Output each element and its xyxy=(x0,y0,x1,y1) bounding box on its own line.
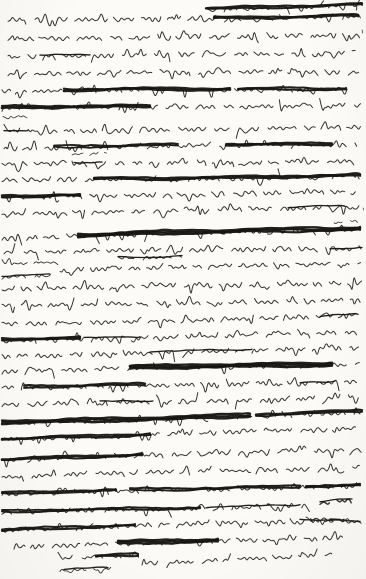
ink-stroke xyxy=(350,449,361,455)
ink-stroke xyxy=(179,127,206,131)
ink-stroke xyxy=(328,205,359,214)
ink-stroke xyxy=(74,248,99,253)
ink-stroke xyxy=(249,207,272,211)
ink-stroke xyxy=(218,204,242,212)
ink-stroke xyxy=(100,401,153,402)
ink-stroke xyxy=(40,54,90,55)
ink-stroke xyxy=(348,278,362,289)
ink-stroke xyxy=(53,399,79,405)
ink-stroke xyxy=(34,262,58,265)
ink-stroke xyxy=(123,350,152,355)
ink-stroke xyxy=(323,393,340,404)
ink-stroke xyxy=(279,100,312,111)
ink-stroke xyxy=(24,251,38,260)
ink-stroke xyxy=(252,349,268,354)
ink-stroke xyxy=(273,555,292,559)
ink-stroke xyxy=(239,161,262,165)
ink-stroke xyxy=(224,105,233,108)
ink-stroke xyxy=(208,264,231,269)
ink-stroke xyxy=(238,33,259,43)
ink-stroke xyxy=(97,70,121,77)
ink-stroke xyxy=(90,152,99,155)
ink-stroke xyxy=(274,263,290,269)
ink-stroke xyxy=(176,297,200,305)
ink-stroke xyxy=(284,315,309,321)
ink-stroke xyxy=(115,162,124,165)
ink-stroke xyxy=(8,36,34,41)
ink-stroke xyxy=(172,452,191,457)
ink-stroke xyxy=(81,299,98,306)
ink-stroke xyxy=(264,191,281,195)
ink-stroke xyxy=(156,395,171,407)
ink-stroke xyxy=(129,36,150,40)
ink-stroke xyxy=(4,130,28,131)
ink-stroke xyxy=(104,153,106,154)
ink-stroke xyxy=(184,282,212,293)
ink-stroke xyxy=(118,256,182,258)
ink-stroke xyxy=(8,70,27,79)
ink-stroke xyxy=(159,523,170,527)
ink-stroke xyxy=(193,265,202,268)
ink-stroke xyxy=(2,386,14,389)
ink-stroke xyxy=(177,520,210,528)
ink-stroke xyxy=(35,71,62,75)
ink-stroke xyxy=(299,247,318,253)
ink-stroke xyxy=(110,285,135,292)
ink-stroke xyxy=(292,49,305,57)
ink-stroke xyxy=(90,321,115,325)
ink-stroke xyxy=(163,194,172,199)
ink-stroke xyxy=(141,17,160,22)
ink-stroke xyxy=(263,535,296,545)
ink-stroke xyxy=(363,208,364,210)
ink-stroke xyxy=(28,55,36,59)
ink-stroke xyxy=(315,449,344,458)
ink-stroke xyxy=(96,556,138,557)
ink-stroke xyxy=(60,267,84,275)
ink-stroke xyxy=(2,355,10,359)
ink-stroke xyxy=(64,130,74,134)
ink-stroke xyxy=(140,127,170,132)
ink-stroke xyxy=(356,4,357,10)
ink-stroke xyxy=(132,210,145,213)
ink-stroke xyxy=(73,281,104,290)
ink-stroke xyxy=(28,401,47,406)
ink-stroke xyxy=(304,299,315,304)
ink-stroke xyxy=(198,466,211,472)
ink-stroke xyxy=(320,99,345,111)
ink-stroke xyxy=(329,281,341,285)
ink-stroke xyxy=(321,122,341,130)
ink-stroke xyxy=(287,297,298,304)
ink-stroke xyxy=(348,395,358,403)
ink-stroke xyxy=(169,265,187,268)
ink-stroke xyxy=(345,380,357,383)
ink-stroke xyxy=(177,193,205,201)
ink-stroke xyxy=(179,142,211,148)
ink-stroke xyxy=(33,89,62,92)
ink-stroke xyxy=(95,366,119,370)
ink-stroke xyxy=(133,162,142,165)
ink-stroke xyxy=(14,544,25,549)
ink-stroke xyxy=(239,70,263,74)
ink-stroke xyxy=(197,450,230,457)
ink-stroke xyxy=(269,69,282,74)
ink-stroke xyxy=(2,259,27,265)
ink-stroke xyxy=(2,476,24,482)
ink-stroke xyxy=(43,235,59,238)
ink-stroke xyxy=(23,141,37,150)
ink-stroke xyxy=(52,543,79,547)
ink-stroke xyxy=(85,543,108,546)
ink-stroke xyxy=(201,383,219,392)
ink-stroke xyxy=(199,68,231,78)
ink-stroke xyxy=(147,263,163,269)
ink-stroke xyxy=(84,337,140,338)
ink-stroke xyxy=(179,52,195,57)
ink-stroke xyxy=(122,49,146,57)
ink-stroke xyxy=(197,160,206,166)
ink-stroke xyxy=(290,189,324,194)
ink-stroke xyxy=(362,30,363,33)
ink-stroke xyxy=(285,33,302,37)
ink-stroke xyxy=(236,538,257,542)
ink-stroke xyxy=(166,104,188,109)
ink-stroke xyxy=(74,162,102,163)
ink-stroke xyxy=(181,315,214,323)
ink-stroke xyxy=(130,470,138,475)
ink-stroke xyxy=(215,128,229,131)
ink-stroke xyxy=(325,70,340,75)
ink-stroke xyxy=(313,206,321,209)
ink-stroke xyxy=(268,161,278,164)
ink-stroke xyxy=(90,194,117,202)
ink-stroke xyxy=(155,51,171,62)
ink-stroke xyxy=(266,331,290,337)
ink-stroke xyxy=(184,206,209,214)
ink-stroke xyxy=(48,298,74,310)
ink-stroke xyxy=(333,427,356,432)
ink-stroke xyxy=(148,320,175,328)
ink-stroke xyxy=(235,399,251,409)
ink-stroke xyxy=(106,302,132,306)
ink-stroke xyxy=(209,34,229,40)
ink-stroke xyxy=(186,332,218,338)
ink-stroke xyxy=(73,210,85,218)
ink-stroke xyxy=(46,250,66,253)
ink-stroke xyxy=(123,318,141,324)
ink-stroke xyxy=(299,549,318,557)
ink-stroke xyxy=(72,153,83,155)
ink-stroke xyxy=(220,539,230,543)
ink-stroke xyxy=(113,17,133,21)
ink-stroke xyxy=(31,545,44,549)
ink-stroke xyxy=(67,72,91,76)
ink-stroke xyxy=(188,16,216,22)
ink-stroke xyxy=(220,469,251,472)
ink-stroke xyxy=(250,282,270,289)
ink-stroke xyxy=(207,302,222,306)
ink-stroke xyxy=(158,350,174,361)
ink-stroke xyxy=(17,354,28,357)
ink-stroke xyxy=(196,105,215,109)
ink-stroke xyxy=(2,403,19,406)
ink-stroke xyxy=(57,177,76,182)
ink-stroke xyxy=(127,71,152,74)
ink-stroke xyxy=(328,160,354,165)
ink-stroke xyxy=(285,157,318,164)
ink-stroke xyxy=(238,450,269,458)
ink-stroke xyxy=(355,143,357,146)
ink-stroke xyxy=(226,144,332,145)
ink-stroke xyxy=(343,34,360,41)
ink-stroke xyxy=(337,499,351,503)
ink-stroke xyxy=(235,53,248,56)
ink-stroke xyxy=(239,263,268,267)
ink-stroke xyxy=(238,557,267,561)
ink-stroke xyxy=(141,247,161,253)
ink-stroke xyxy=(90,266,121,272)
ink-stroke xyxy=(142,283,176,288)
ink-stroke xyxy=(70,352,82,356)
ink-stroke xyxy=(236,127,258,138)
ink-stroke xyxy=(312,51,344,58)
ink-stroke xyxy=(202,559,217,564)
ink-stroke xyxy=(313,283,321,286)
ink-stroke xyxy=(254,52,269,55)
ink-stroke xyxy=(301,428,327,433)
ink-stroke xyxy=(4,142,17,151)
ink-stroke xyxy=(107,248,134,252)
ink-stroke xyxy=(317,331,336,335)
ink-stroke xyxy=(153,335,178,341)
ink-stroke xyxy=(325,553,332,555)
ink-stroke xyxy=(300,519,344,520)
ink-stroke xyxy=(75,14,108,22)
ink-stroke xyxy=(2,209,26,218)
ink-stroke xyxy=(178,393,197,404)
ink-stroke xyxy=(348,71,358,75)
ink-stroke xyxy=(64,471,87,476)
ink-stroke xyxy=(276,347,305,355)
ink-stroke xyxy=(35,14,67,26)
ink-stroke xyxy=(355,363,359,365)
ink-stroke xyxy=(351,220,358,222)
ink-stroke xyxy=(58,552,72,559)
ink-stroke xyxy=(2,322,17,325)
ink-stroke xyxy=(318,464,344,473)
manuscript-page: Scanned page of a Russian cursive manusc… xyxy=(0,0,366,579)
ink-stroke xyxy=(111,37,122,41)
ink-stroke xyxy=(351,192,355,195)
ink-stroke xyxy=(229,300,247,304)
ink-stroke xyxy=(167,15,180,20)
ink-stroke xyxy=(321,298,343,301)
ink-stroke xyxy=(304,126,315,130)
ink-stroke xyxy=(35,275,50,277)
ink-stroke xyxy=(2,286,15,291)
manuscript-svg xyxy=(0,0,366,579)
ink-stroke xyxy=(232,247,266,252)
ink-stroke xyxy=(350,299,360,304)
ink-stroke xyxy=(275,53,284,55)
ink-stroke xyxy=(160,70,190,79)
ink-stroke xyxy=(37,282,66,290)
ink-stroke xyxy=(8,18,26,25)
ink-stroke xyxy=(8,55,20,58)
ink-stroke xyxy=(180,466,190,475)
ink-stroke xyxy=(255,520,285,526)
ink-stroke xyxy=(350,347,359,351)
ink-stroke xyxy=(260,396,290,403)
ink-stroke xyxy=(298,330,310,338)
ink-stroke xyxy=(240,105,273,109)
ink-stroke xyxy=(15,90,26,97)
ink-stroke xyxy=(273,246,292,251)
ink-stroke xyxy=(302,504,310,511)
ink-stroke xyxy=(190,245,223,252)
ink-stroke xyxy=(91,352,116,358)
ink-stroke xyxy=(157,301,171,307)
ink-stroke xyxy=(3,116,27,119)
ink-stroke xyxy=(223,429,256,434)
ink-stroke xyxy=(260,316,278,319)
ink-stroke xyxy=(278,446,306,453)
ink-stroke xyxy=(149,162,159,167)
ink-stroke xyxy=(81,129,97,133)
ink-stroke xyxy=(219,282,242,290)
ink-stroke xyxy=(226,379,249,386)
ink-stroke xyxy=(26,322,47,326)
ink-stroke xyxy=(33,211,67,218)
ink-stroke xyxy=(221,315,254,323)
ink-stroke xyxy=(256,379,282,385)
ink-stroke xyxy=(56,321,82,325)
ink-stroke xyxy=(167,560,193,567)
ink-stroke xyxy=(2,106,150,108)
ink-stroke xyxy=(27,236,38,241)
ink-stroke xyxy=(206,505,300,508)
ink-stroke xyxy=(32,470,56,478)
ink-stroke xyxy=(354,104,360,107)
ink-stroke xyxy=(216,521,248,528)
ink-stroke xyxy=(312,344,341,354)
ink-stroke xyxy=(2,162,27,172)
ink-stroke xyxy=(200,431,216,435)
ink-stroke xyxy=(87,398,107,405)
ink-stroke xyxy=(320,502,329,504)
ink-stroke xyxy=(154,209,178,218)
ink-stroke xyxy=(296,396,314,400)
ink-stroke xyxy=(277,280,307,286)
ink-stroke xyxy=(288,68,318,77)
ink-stroke xyxy=(64,567,108,569)
ink-stroke xyxy=(176,31,201,39)
ink-stroke xyxy=(22,177,50,182)
ink-stroke xyxy=(2,304,15,313)
ink-stroke xyxy=(96,471,124,476)
ink-stroke xyxy=(129,267,140,270)
ink-stroke xyxy=(158,32,171,41)
ink-stroke xyxy=(167,245,183,254)
ink-stroke xyxy=(345,331,356,335)
ink-stroke xyxy=(234,191,257,196)
ink-stroke xyxy=(77,36,102,40)
ink-stroke xyxy=(21,287,31,291)
ink-stroke xyxy=(175,383,194,386)
ink-stroke xyxy=(323,532,343,540)
ink-stroke xyxy=(137,303,148,307)
ink-stroke xyxy=(304,538,317,542)
ink-stroke xyxy=(330,190,344,194)
ink-stroke xyxy=(142,559,158,565)
ink-stroke xyxy=(212,160,234,168)
ink-stroke xyxy=(255,299,279,304)
ink-stroke xyxy=(2,234,22,244)
ink-stroke xyxy=(102,124,132,133)
ink-stroke xyxy=(167,158,187,164)
ink-stroke xyxy=(211,192,224,197)
ink-stroke xyxy=(91,54,113,62)
ink-stroke xyxy=(268,127,296,130)
ink-stroke xyxy=(21,300,42,310)
ink-stroke xyxy=(358,263,361,264)
ink-stroke xyxy=(202,51,225,57)
ink-stroke xyxy=(62,368,87,372)
ink-stroke xyxy=(267,33,278,39)
ink-stroke xyxy=(264,428,292,432)
ink-stroke xyxy=(225,330,257,337)
ink-stroke xyxy=(92,211,124,215)
ink-stroke xyxy=(168,429,193,435)
ink-stroke xyxy=(286,467,309,471)
ink-stroke xyxy=(146,470,174,474)
ink-stroke xyxy=(39,36,69,40)
ink-stroke xyxy=(2,178,17,182)
ink-stroke xyxy=(347,125,361,129)
ink-stroke xyxy=(311,33,336,38)
ink-stroke xyxy=(2,89,11,92)
ink-stroke xyxy=(25,367,55,378)
ink-stroke xyxy=(223,554,231,562)
ink-stroke xyxy=(296,262,330,266)
ink-stroke xyxy=(353,465,360,468)
ink-stroke xyxy=(4,244,15,254)
ink-stroke xyxy=(256,467,277,474)
ink-stroke xyxy=(338,263,349,267)
ink-stroke xyxy=(124,193,155,198)
ink-stroke xyxy=(207,399,228,404)
ink-stroke xyxy=(334,222,342,223)
ink-stroke xyxy=(34,160,66,165)
ink-stroke xyxy=(29,125,57,135)
ink-stroke xyxy=(36,354,62,358)
ink-stroke xyxy=(2,370,18,374)
